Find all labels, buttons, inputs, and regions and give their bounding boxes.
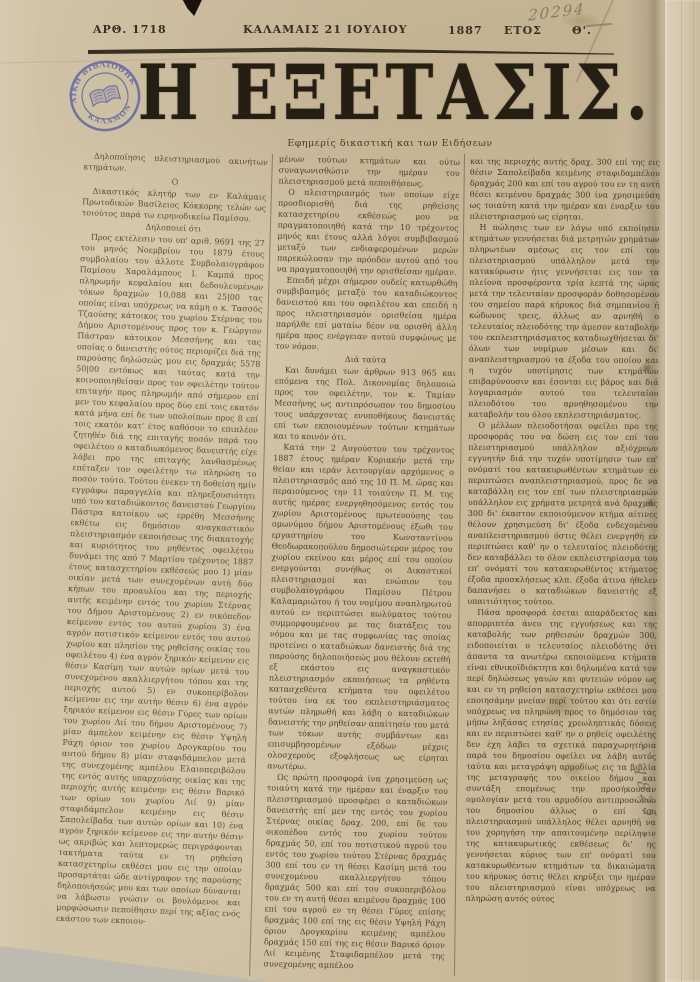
- paper-edge-line: [681, 0, 682, 982]
- dateline: ΚΑΛΑΜΑΙΣ 21 ΙΟΥΛΙΟΥ: [243, 23, 407, 36]
- paper-edge-line: [664, 0, 665, 982]
- etos-label: ΕΤΟΣ: [504, 24, 542, 37]
- article-paragraph: Ο πλειστηριασμός των οποίων είχε προσδιο…: [277, 187, 460, 278]
- article-paragraph: Δικαστικός κλητήρ των εν Καλάμαις Πρωτοδ…: [82, 185, 267, 225]
- article-paragraph: μένων τούτων κτημάτων και ούτω συναγωνισ…: [278, 154, 460, 190]
- article-paragraph: Επειδή μέχρι σήμερον ουδείς κατωρθώθη συ…: [275, 275, 457, 355]
- newspaper-subtitle: Εφημερίς δικαστική και των Ειδήσεων: [225, 138, 555, 149]
- article-paragraph: Κατά την 2 Αυγούστου του τρέχοντος 1887 …: [267, 441, 454, 774]
- newspaper-page: ΑΡΘ. 1718 ΚΑΛΑΜΑΙΣ 21 ΙΟΥΛΙΟΥ 1887 ΕΤΟΣ …: [0, 0, 700, 982]
- article-column-1: Δηλοποίησις πλειστηριασμού ακινήτων κτημ…: [54, 150, 268, 977]
- year: 1887: [448, 24, 483, 37]
- open-book-icon: [89, 84, 120, 106]
- article-paragraph: Ως πρώτη προσφορά ίνα χρησιμεύση ως τοια…: [263, 771, 448, 972]
- article-paragraph: Και δυνάμει των άρθρων 913 965 και επόμε…: [274, 364, 456, 444]
- article-paragraph: Η πώλησις των εν λόγω υπό εκποίησιν κτημ…: [468, 222, 659, 421]
- article-column-2: μένων τούτων κτημάτων και ούτω συναγωνισ…: [263, 154, 460, 978]
- article-paragraph: Ο μέλλων πλειοδοτήσαι οφείλει προ της πρ…: [467, 420, 658, 608]
- issue-number: ΑΡΘ. 1718: [93, 23, 167, 36]
- article-column-3: και της περιοχής αυτής δραχ. 300 επί της…: [465, 156, 660, 978]
- newspaper-title: Η ΕΞΕΤΑΣΙΣ.: [130, 48, 660, 137]
- paper-edge-line: [693, 0, 694, 982]
- article-paragraph: Πάσα προσφορά έσεται απαράδεκτος και απο…: [465, 607, 657, 905]
- article-paragraph: και της περιοχής αυτής δραχ. 300 επί της…: [470, 156, 660, 223]
- article-paragraph: Προς εκτέλεσιν του υπ' αριθ. 9691 της 27…: [56, 231, 265, 930]
- paper-right-edge: [664, 0, 700, 982]
